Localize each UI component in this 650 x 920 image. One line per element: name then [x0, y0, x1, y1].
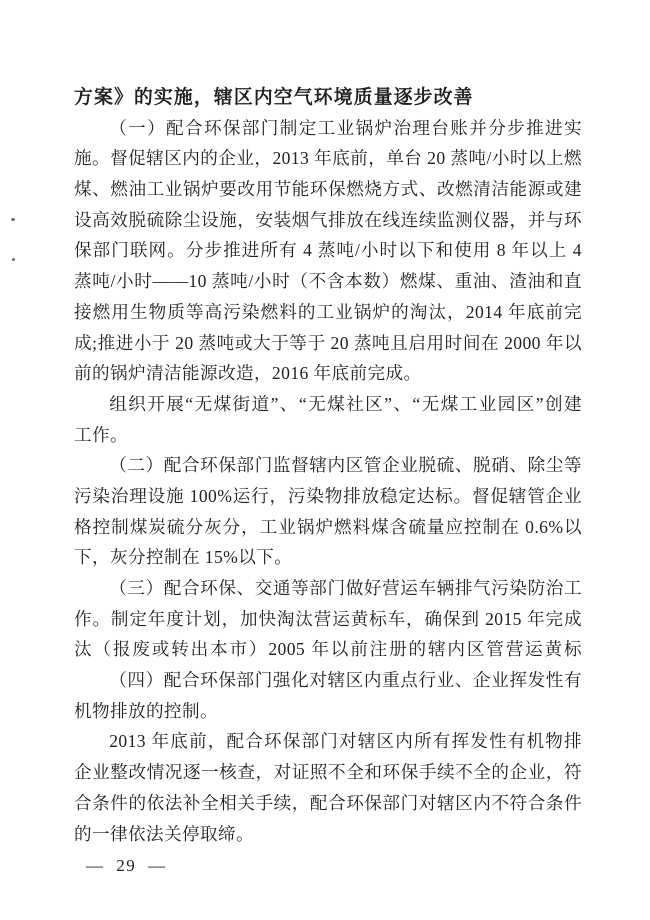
- paragraph-line: 施。督促辖区内的企业，2013 年底前，单台 20 蒸吨/小时以上燃: [74, 143, 582, 174]
- paragraph-line: （三）配合环保、交通等部门做好营运车辆排气污染防治工: [74, 573, 582, 604]
- footer-page-number: — 29 —: [86, 856, 167, 876]
- paragraph-line: 格控制煤炭硫分灰分，工业锅炉燃料煤含硫量应控制在 0.6%以: [74, 512, 582, 543]
- paragraph-line: 组织开展“无煤街道”、“无煤社区”、“无煤工业园区”创建: [74, 389, 582, 420]
- paragraph-line: 机物排放的控制。: [74, 696, 582, 727]
- paragraph-line: （一）配合环保部门制定工业锅炉治理台账并分步推进实: [74, 113, 582, 144]
- paragraph-line: 汰（报废或转出本市）2005 年以前注册的辖内区管营运黄标车。: [74, 634, 582, 665]
- scan-artifact-speck: [11, 218, 15, 221]
- paragraph-line: 下，灰分控制在 15%以下。: [74, 542, 582, 573]
- paragraph-line: 保部门联网。分步推进所有 4 蒸吨/小时以下和使用 8 年以上 4: [74, 235, 582, 266]
- paragraph-line: 污染治理设施 100%运行，污染物排放稳定达标。督促辖管企业严: [74, 481, 582, 512]
- paragraph-line: 企业整改情况逐一核查，对证照不全和环保手续不全的企业，符: [74, 757, 582, 788]
- paragraph-line: 设高效脱硫除尘设施，安装烟气排放在线连续监测仪器，并与环: [74, 205, 582, 236]
- paragraph-line: 工作。: [74, 420, 582, 451]
- paragraph-line: （四）配合环保部门强化对辖区内重点行业、企业挥发性有: [74, 665, 582, 696]
- paragraph-line: 2013 年底前，配合环保部门对辖区内所有挥发性有机物排放: [74, 726, 582, 757]
- paragraph-line: （二）配合环保部门监督辖内区管企业脱硫、脱硝、除尘等: [74, 450, 582, 481]
- paragraph-line: 煤、燃油工业锅炉要改用节能环保燃烧方式、改燃清洁能源或建: [74, 174, 582, 205]
- paragraph-line: 前的锅炉清洁能源改造，2016 年底前完成。: [74, 358, 582, 389]
- scan-artifact-speck: [12, 258, 15, 261]
- paragraph-line: 成;推进小于 20 蒸吨或大于等于 20 蒸吨且启用时间在 2000 年以: [74, 328, 582, 359]
- paragraph-line: 作。制定年度计划，加快淘汰营运黄标车，确保到 2015 年完成淘: [74, 604, 582, 635]
- document-text-block: 方案》的实施，辖区内空气环境质量逐步改善 （一）配合环保部门制定工业锅炉治理台账…: [74, 82, 582, 849]
- paragraph-line: 蒸吨/小时——10 蒸吨/小时（不含本数）燃煤、重油、渣油和直: [74, 266, 582, 297]
- heading-continuation-line: 方案》的实施，辖区内空气环境质量逐步改善: [74, 82, 582, 113]
- paragraph-line: 的一律依法关停取缔。: [74, 819, 582, 850]
- paragraph-line: 接燃用生物质等高污染燃料的工业锅炉的淘汰，2014 年底前完: [74, 297, 582, 328]
- scanned-document-page: 方案》的实施，辖区内空气环境质量逐步改善 （一）配合环保部门制定工业锅炉治理台账…: [0, 0, 650, 920]
- paragraph-line: 合条件的依法补全相关手续，配合环保部门对辖区内不符合条件: [74, 788, 582, 819]
